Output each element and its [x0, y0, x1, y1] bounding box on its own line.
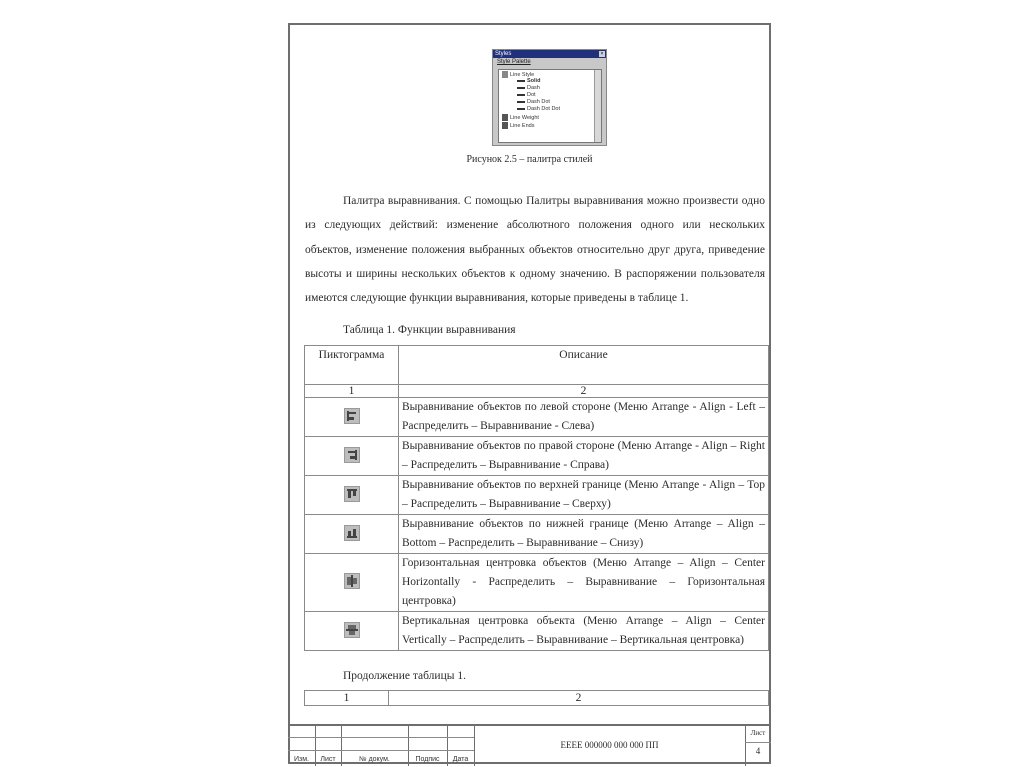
style-palette-label: Style Palette: [493, 58, 606, 66]
tree-item: Line Weight: [510, 115, 539, 121]
table-row: Выравнивание объектов по нижней границе …: [305, 515, 769, 554]
row-description: Выравнивание объектов по верхней границе…: [399, 476, 769, 515]
tree-item: Dash Dot Dot: [527, 106, 560, 112]
stamp-label-date: Дата: [447, 756, 474, 763]
row-description: Выравнивание объектов по правой стороне …: [399, 437, 769, 476]
align-right-icon: [344, 447, 360, 463]
styles-window-figure: Styles × Style Palette Line Style Solid …: [492, 49, 607, 146]
stamp-label-sheet: Лист: [315, 756, 341, 763]
align-left-icon: [344, 408, 360, 424]
column-number: 1: [305, 691, 389, 706]
table-row: Выравнивание объектов по левой стороне (…: [305, 398, 769, 437]
dash-line-icon: [517, 87, 525, 89]
center-vertical-icon: [344, 622, 360, 638]
tree-item: Dot: [527, 92, 536, 98]
dash-dot-dot-line-icon: [517, 108, 525, 110]
numbering-row: 1 2: [305, 385, 769, 398]
body-paragraph: Палитра выравнивания. С помощью Палитры …: [305, 189, 765, 310]
stamp-label-doc-number: № докум.: [341, 756, 408, 763]
tree-item: Line Ends: [510, 123, 534, 129]
continuation-table: 1 2: [304, 690, 769, 706]
table-row: Вертикальная центровка объекта (Меню Arr…: [305, 612, 769, 651]
align-top-icon: [344, 486, 360, 502]
alignment-functions-table: Пиктограмма Описание 1 2 Выравнивание об…: [304, 345, 769, 651]
line-weight-icon: [502, 114, 508, 121]
sheet-number: 4: [745, 746, 771, 756]
tree-item: Dash: [527, 85, 540, 91]
row-description: Горизонтальная центровка объектов (Меню …: [399, 554, 769, 612]
row-description: Выравнивание объектов по нижней границе …: [399, 515, 769, 554]
stamp-label-change: Изм.: [288, 756, 315, 763]
tree-item: Dash Dot: [527, 99, 550, 105]
close-icon: ×: [599, 51, 605, 57]
paragraph-text: Палитра выравнивания. С помощью Палитры …: [305, 189, 765, 310]
figure-caption: Рисунок 2.5 – палитра стилей: [288, 154, 771, 165]
table-row: Горизонтальная центровка объектов (Меню …: [305, 554, 769, 612]
window-title-bar: Styles ×: [493, 50, 606, 58]
header-description-column: Описание: [399, 346, 769, 385]
numbering-row: 1 2: [305, 691, 769, 706]
center-horizontal-icon: [344, 573, 360, 589]
column-number: 2: [399, 385, 769, 398]
align-bottom-icon: [344, 525, 360, 541]
scrollbar: [594, 70, 601, 142]
stamp-label-signature: Подпис: [408, 756, 447, 763]
solid-line-icon: [517, 80, 525, 82]
sheet-label: Лист: [745, 729, 771, 737]
row-description: Выравнивание объектов по левой стороне (…: [399, 398, 769, 437]
line-ends-icon: [502, 122, 508, 129]
document-code: ЕЕЕЕ 000000 000 000 ПП: [474, 740, 745, 750]
table-row: Выравнивание объектов по верхней границе…: [305, 476, 769, 515]
column-number: 2: [389, 691, 769, 706]
dot-line-icon: [517, 94, 525, 96]
table-title: Таблица 1. Функции выравнивания: [343, 324, 516, 336]
header-icon-column: Пиктограмма: [305, 346, 399, 385]
row-description: Вертикальная центровка объекта (Меню Arr…: [399, 612, 769, 651]
table-header-row: Пиктограмма Описание: [305, 346, 769, 385]
column-number: 1: [305, 385, 399, 398]
folder-icon: [502, 71, 508, 78]
dash-dot-line-icon: [517, 101, 525, 103]
table-continuation-title: Продолжение таблицы 1.: [343, 670, 466, 682]
window-title: Styles: [495, 51, 511, 57]
table-row: Выравнивание объектов по правой стороне …: [305, 437, 769, 476]
tree-item: Solid: [527, 78, 540, 84]
style-tree: Line Style Solid Dash Dot Dash Dot Dash …: [498, 69, 602, 143]
